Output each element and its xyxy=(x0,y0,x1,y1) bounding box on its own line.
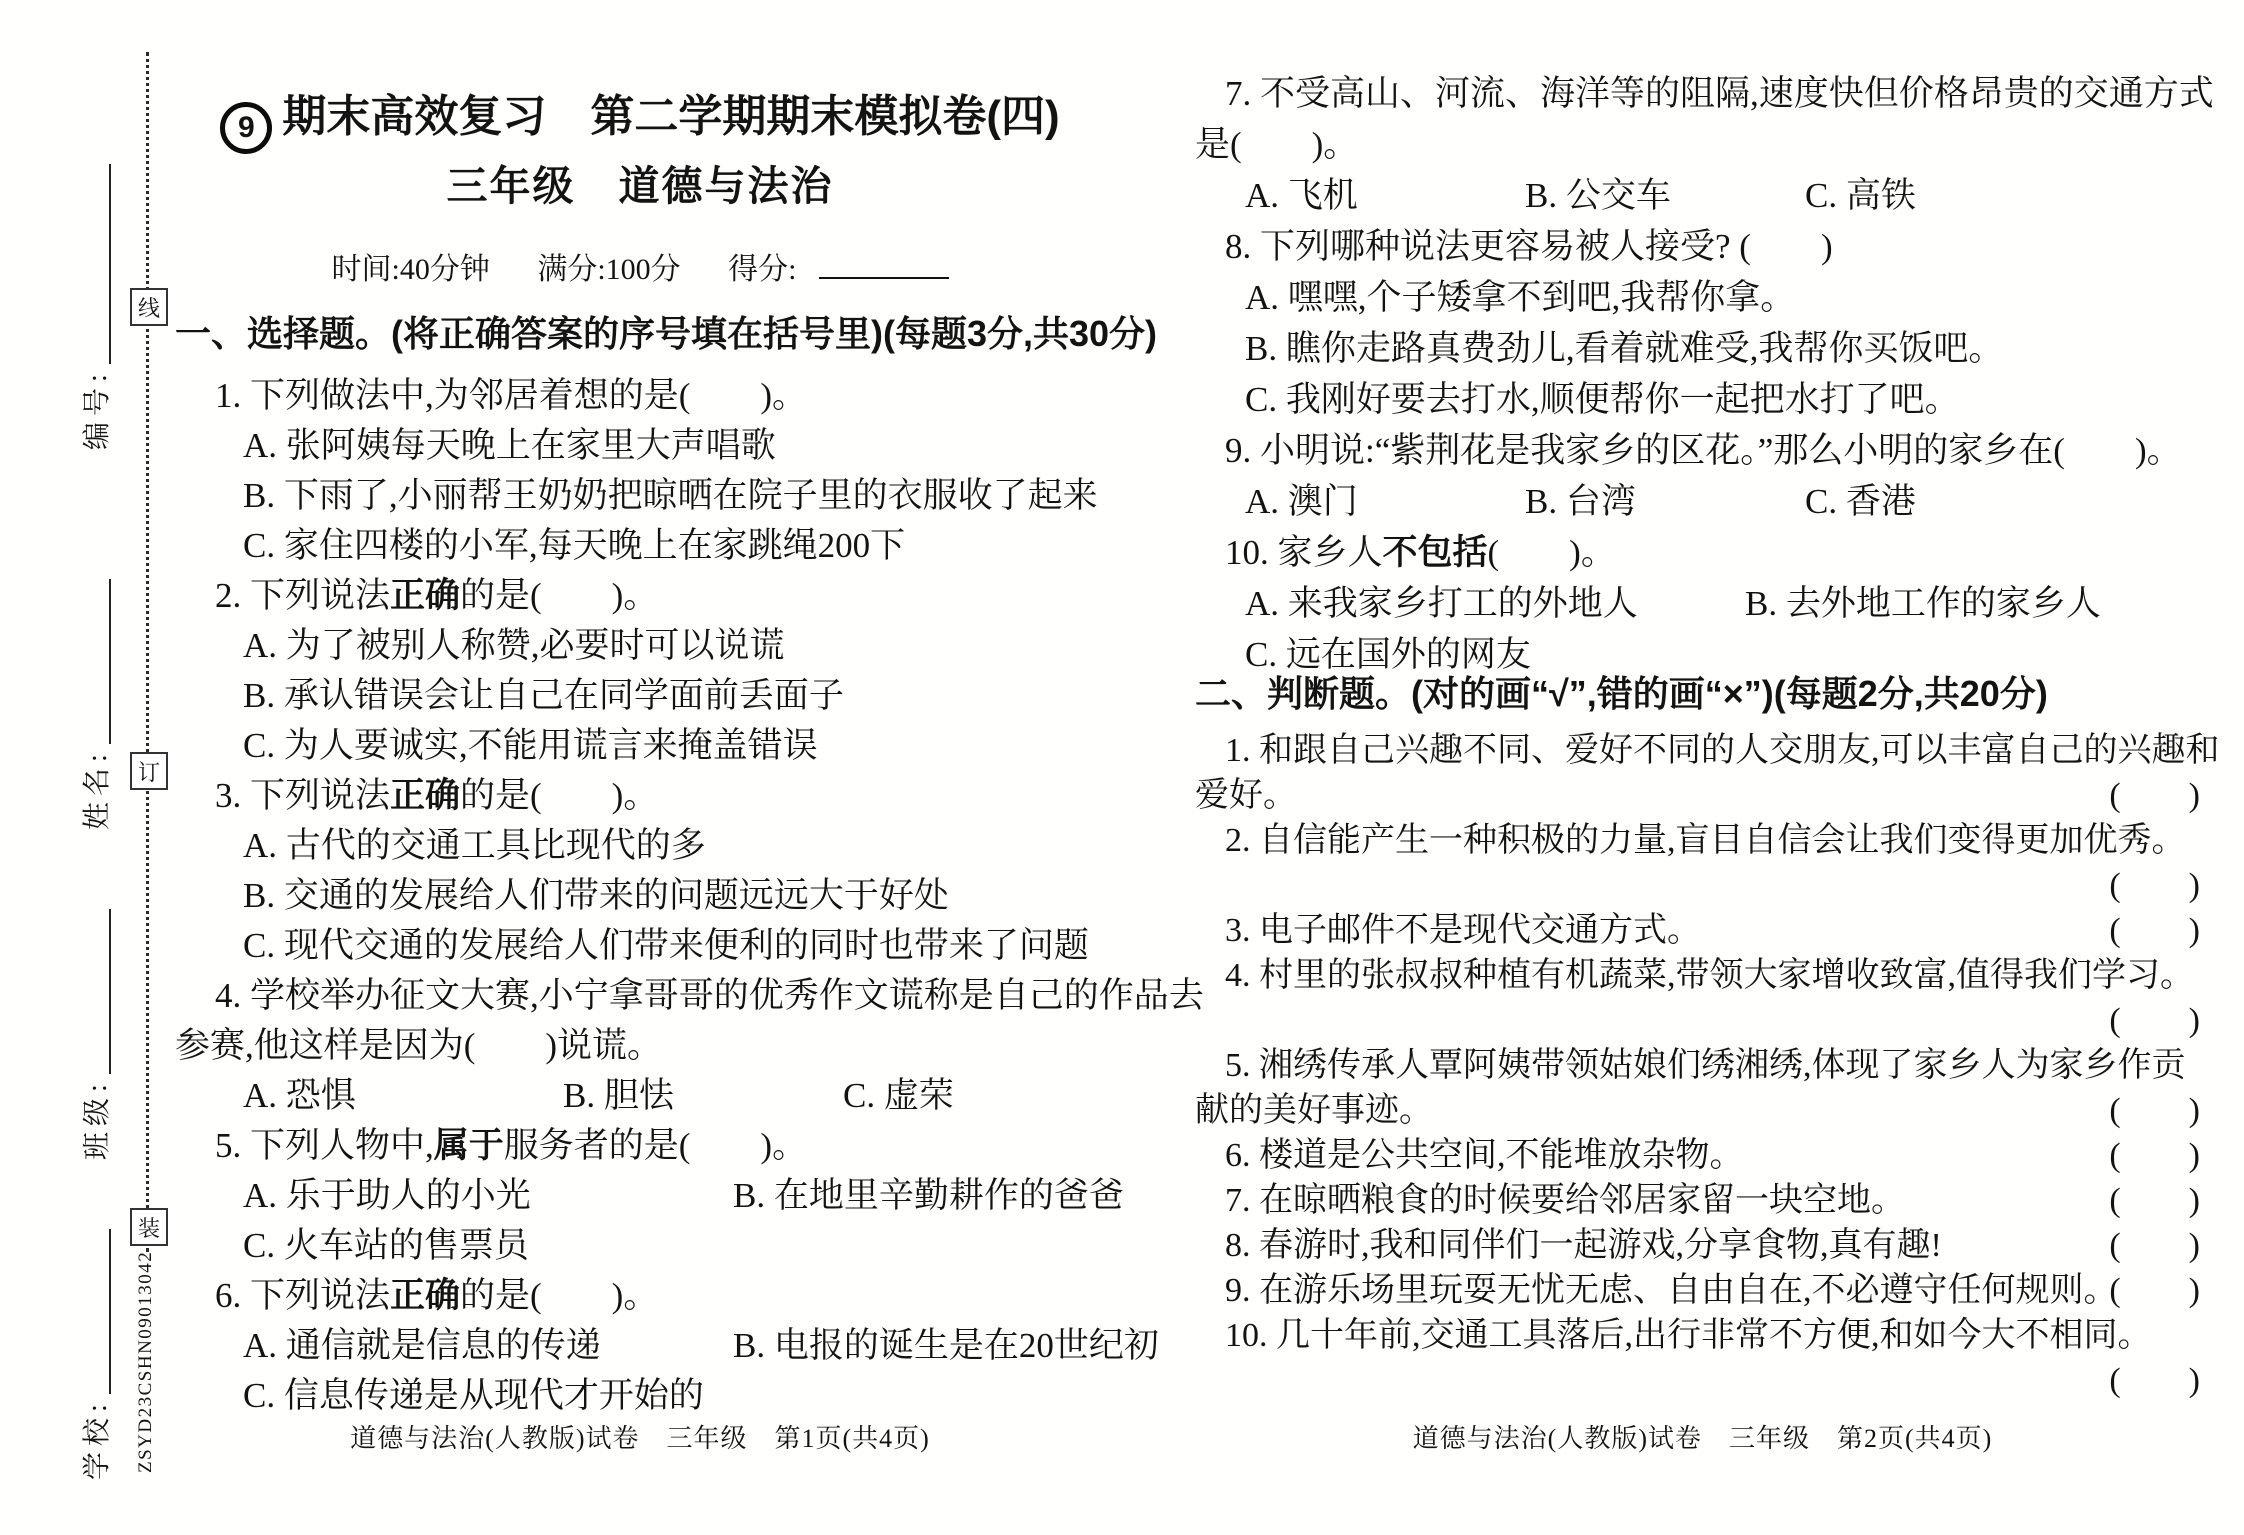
text-segment: 的是( )。 xyxy=(460,776,658,815)
text-segment: 正确 xyxy=(390,576,460,615)
text-line: 1. 和跟自己兴趣不同、爱好不同的人交朋友,可以丰富自己的兴趣和 xyxy=(1195,722,2210,767)
text-line: 4. 学校举办征文大赛,小宁拿哥哥的优秀作文谎称是自己的作品去 xyxy=(175,968,1105,1018)
text-segment: B. 下雨了,小丽帮王奶奶把晾晒在院子里的衣服收了起来 xyxy=(243,476,1098,515)
text-segment: 的是( )。 xyxy=(460,1276,658,1315)
exam-title-row: 9期末高效复习 第二学期期末模拟卷(四) xyxy=(175,80,1105,154)
text-line: A. 澳门B. 台湾C. 香港 xyxy=(1195,474,2210,525)
text-segment: A. 张阿姨每天晚上在家里大声唱歌 xyxy=(243,426,776,465)
text-segment: A. 来我家乡打工的外地人 xyxy=(1245,584,1638,623)
text-segment: B. 在地里辛勤耕作的爸爸 xyxy=(733,1168,1124,1218)
text-segment: B. 公交车 xyxy=(1525,168,1671,218)
text-segment: 的是( )。 xyxy=(460,576,658,615)
text-line: 4. 村里的张叔叔种植有机蔬菜,带领大家增收致富,值得我们学习。 xyxy=(1195,947,2210,992)
full-score: 满分:100分 xyxy=(537,253,680,286)
text-line: A. 乐于助人的小光B. 在地里辛勤耕作的爸爸 xyxy=(175,1168,1105,1218)
text-segment: A. 通信就是信息的传递 xyxy=(243,1326,601,1365)
text-segment: C. 高铁 xyxy=(1805,168,1916,218)
text-segment: 服务者的是( )。 xyxy=(504,1126,807,1165)
exam-meta-row: 时间:40分钟 满分:100分 得分: xyxy=(175,244,1105,288)
text-segment: 属于 xyxy=(434,1126,504,1165)
text-segment: A. 澳门 xyxy=(1245,482,1358,521)
student-class-field: 班级: xyxy=(73,860,117,1160)
student-name-blank xyxy=(79,579,112,744)
text-segment: 4. 学校举办征文大赛,小宁拿哥哥的优秀作文谎称是自己的作品去 xyxy=(215,976,1204,1015)
text-line: 爱好。( ) xyxy=(1195,767,2210,812)
text-segment: 参赛,他这样是因为( )说谎。 xyxy=(175,1026,662,1065)
text-segment: 6. 楼道是公共空间,不能堆放杂物。 xyxy=(1225,1137,1744,1174)
answer-bracket: ( ) xyxy=(2109,1172,2200,1221)
text-line: A. 张阿姨每天晚上在家里大声唱歌 xyxy=(175,418,1105,468)
answer-bracket: ( ) xyxy=(2109,767,2200,816)
text-segment: A. 乐于助人的小光 xyxy=(243,1176,531,1215)
student-name-label: 姓名: xyxy=(75,748,115,830)
text-line: B. 交通的发展给人们带来的问题远远大于好处 xyxy=(175,868,1105,918)
text-line: 3. 下列说法正确的是( )。 xyxy=(175,768,1105,818)
binding-box-zhuang: 装 xyxy=(130,1208,168,1246)
text-segment: 献的美好事迹。 xyxy=(1195,1092,1433,1129)
student-number-field: 编号: xyxy=(73,110,117,450)
text-line: 5. 下列人物中,属于服务者的是( )。 xyxy=(175,1118,1105,1168)
text-line: A. 古代的交通工具比现代的多 xyxy=(175,818,1105,868)
page-1: 9期末高效复习 第二学期期末模拟卷(四) 三年级 道德与法治 时间:40分钟 满… xyxy=(175,0,1105,1535)
text-segment: 5. 湘绣传承人覃阿姨带领姑娘们绣湘绣,体现了家乡人为家乡作贡 xyxy=(1225,1047,2186,1084)
text-line: 9. 小明说:“紫荆花是我家乡的区花。”那么小明的家乡在( )。 xyxy=(1195,423,2210,474)
text-segment: C. 香港 xyxy=(1805,474,1916,524)
text-line: 2. 自信能产生一种积极的力量,盲目自信会让我们变得更加优秀。 xyxy=(1195,812,2210,857)
text-segment: A. 嘿嘿,个子矮拿不到吧,我帮你拿。 xyxy=(1245,278,1795,317)
text-line: B. 瞧你走路真费劲儿,看着就难受,我帮你买饭吧。 xyxy=(1195,321,2210,372)
text-segment: 3. 下列说法 xyxy=(215,776,390,815)
text-segment: A. 恐惧 xyxy=(243,1076,356,1115)
text-line: B. 承认错误会让自己在同学面前丢面子 xyxy=(175,668,1105,718)
text-segment: C. 虚荣 xyxy=(843,1068,954,1118)
text-line: B. 下雨了,小丽帮王奶奶把晾晒在院子里的衣服收了起来 xyxy=(175,468,1105,518)
score-blank xyxy=(819,247,949,279)
binding-box-xian: 线 xyxy=(130,288,168,326)
score-label: 得分: xyxy=(728,253,796,286)
text-segment: C. 我刚好要去打水,顺便帮你一起把水打了吧。 xyxy=(1245,380,1960,419)
text-segment: C. 为人要诚实,不能用谎言来掩盖错误 xyxy=(243,726,818,765)
text-line: A. 为了被别人称赞,必要时可以说谎 xyxy=(175,618,1105,668)
time-limit: 时间:40分钟 xyxy=(331,253,489,286)
answer-bracket: ( ) xyxy=(2109,1082,2200,1131)
text-segment: 1. 和跟自己兴趣不同、爱好不同的人交朋友,可以丰富自己的兴趣和 xyxy=(1225,732,2220,769)
answer-bracket: ( ) xyxy=(2109,992,2200,1041)
answer-bracket: ( ) xyxy=(2109,1352,2200,1401)
text-segment: 4. 村里的张叔叔种植有机蔬菜,带领大家增收致富,值得我们学习。 xyxy=(1225,957,2194,994)
text-segment: 爱好。 xyxy=(1195,777,1297,814)
text-line: 8. 下列哪种说法更容易被人接受? ( ) xyxy=(1195,219,2210,270)
text-segment: 是( )。 xyxy=(1195,125,1358,164)
text-line: 6. 下列说法正确的是( )。 xyxy=(175,1268,1105,1318)
text-line: C. 现代交通的发展给人们带来便利的同时也带来了问题 xyxy=(175,918,1105,968)
student-class-label: 班级: xyxy=(75,1078,115,1160)
text-segment: 9. 在游乐场里玩耍无忧无虑、自由自在,不必遵守任何规则。 xyxy=(1225,1272,2118,1309)
binding-box-label: 线 xyxy=(138,292,160,323)
text-line: C. 信息传递是从现代才开始的 xyxy=(175,1368,1105,1418)
student-number-label: 编号: xyxy=(75,368,115,450)
text-line: C. 家住四楼的小军,每天晚上在家跳绳200下 xyxy=(175,518,1105,568)
text-line: 参赛,他这样是因为( )说谎。 xyxy=(175,1018,1105,1068)
section2-heading: 二、判断题。(对的画“√”,错的画“×”)(每题2分,共20分) xyxy=(1195,666,2048,717)
text-line: ( ) xyxy=(1195,857,2210,902)
text-segment: A. 飞机 xyxy=(1245,176,1358,215)
text-segment: 7. 不受高山、河流、海洋等的阻隔,速度快但价格昂贵的交通方式 xyxy=(1225,74,2214,113)
text-line: 7. 不受高山、河流、海洋等的阻隔,速度快但价格昂贵的交通方式 xyxy=(1195,66,2210,117)
text-segment: ( )。 xyxy=(1488,533,1616,572)
text-segment: A. 为了被别人称赞,必要时可以说谎 xyxy=(243,626,785,665)
text-line: 5. 湘绣传承人覃阿姨带领姑娘们绣湘绣,体现了家乡人为家乡作贡 xyxy=(1195,1037,2210,1082)
text-segment: 10. 几十年前,交通工具落后,出行非常不方便,和如今大不相同。 xyxy=(1225,1317,2152,1354)
text-line: 3. 电子邮件不是现代交通方式。( ) xyxy=(1195,902,2210,947)
page2-footer: 道德与法治(人教版)试卷 三年级 第2页(共4页) xyxy=(1195,1418,2210,1455)
page-2: 7. 不受高山、河流、海洋等的阻隔,速度快但价格昂贵的交通方式是( )。A. 飞… xyxy=(1195,0,2210,1535)
text-line: 是( )。 xyxy=(1195,117,2210,168)
page2-judgement-lines: 1. 和跟自己兴趣不同、爱好不同的人交朋友,可以丰富自己的兴趣和爱好。( )2.… xyxy=(1195,722,2210,1397)
exam-subtitle: 三年级 道德与法治 xyxy=(175,153,1105,212)
text-line: 1. 下列做法中,为邻居着想的是( )。 xyxy=(175,368,1105,418)
text-segment: B. 承认错误会让自己在同学面前丢面子 xyxy=(243,676,844,715)
text-line: A. 恐惧B. 胆怯C. 虚荣 xyxy=(175,1068,1105,1118)
student-number-blank xyxy=(79,164,112,364)
text-line: 7. 在晾晒粮食的时候要给邻居家留一块空地。( ) xyxy=(1195,1172,2210,1217)
text-segment: B. 胆怯 xyxy=(563,1068,674,1118)
binding-dotted-line xyxy=(146,52,149,1252)
text-segment: 7. 在晾晒粮食的时候要给邻居家留一块空地。 xyxy=(1225,1182,1905,1219)
answer-bracket: ( ) xyxy=(2109,1217,2200,1266)
student-name-field: 姓名: xyxy=(73,530,117,830)
text-segment: 正确 xyxy=(390,1276,460,1315)
exam-sheet: 线 订 装 编号: 姓名: 班级: 学校: ZSYD23CSHN09013042… xyxy=(0,0,2244,1535)
page2-question-lines: 7. 不受高山、河流、海洋等的阻隔,速度快但价格昂贵的交通方式是( )。A. 飞… xyxy=(1195,66,2210,678)
text-segment: A. 古代的交通工具比现代的多 xyxy=(243,826,706,865)
text-line: A. 飞机B. 公交车C. 高铁 xyxy=(1195,168,2210,219)
text-segment: B. 瞧你走路真费劲儿,看着就难受,我帮你买饭吧。 xyxy=(1245,329,2003,368)
circled-number-badge: 9 xyxy=(220,102,272,154)
text-line: C. 我刚好要去打水,顺便帮你一起把水打了吧。 xyxy=(1195,372,2210,423)
exam-title: 期末高效复习 第二学期期末模拟卷(四) xyxy=(282,92,1059,141)
answer-bracket: ( ) xyxy=(2109,902,2200,951)
binding-box-label: 装 xyxy=(138,1212,160,1243)
text-segment: C. 现代交通的发展给人们带来便利的同时也带来了问题 xyxy=(243,926,1089,965)
text-segment: C. 家住四楼的小军,每天晚上在家跳绳200下 xyxy=(243,526,905,565)
text-line: C. 火车站的售票员 xyxy=(175,1218,1105,1268)
text-line: 6. 楼道是公共空间,不能堆放杂物。( ) xyxy=(1195,1127,2210,1172)
text-segment: 5. 下列人物中, xyxy=(215,1126,434,1165)
text-line: 献的美好事迹。( ) xyxy=(1195,1082,2210,1127)
binding-box-ding: 订 xyxy=(130,752,168,790)
answer-bracket: ( ) xyxy=(2109,1127,2200,1176)
text-line: A. 来我家乡打工的外地人B. 去外地工作的家乡人 xyxy=(1195,576,2210,627)
text-line: 2. 下列说法正确的是( )。 xyxy=(175,568,1105,618)
text-segment: 8. 下列哪种说法更容易被人接受? ( ) xyxy=(1225,227,1833,266)
text-line: ( ) xyxy=(1195,1352,2210,1397)
text-segment: 2. 自信能产生一种积极的力量,盲目自信会让我们变得更加优秀。 xyxy=(1225,822,2186,859)
student-school-field: 学校: xyxy=(73,1180,117,1480)
answer-bracket: ( ) xyxy=(2109,1262,2200,1311)
binding-box-label: 订 xyxy=(138,756,160,787)
student-school-label: 学校: xyxy=(75,1398,115,1480)
text-line: ( ) xyxy=(1195,992,2210,1037)
text-line: A. 通信就是信息的传递B. 电报的诞生是在20世纪初 xyxy=(175,1318,1105,1368)
student-class-blank xyxy=(79,909,112,1074)
section1-heading: 一、选择题。(将正确答案的序号填在括号里)(每题3分,共30分) xyxy=(175,306,1157,357)
text-segment: 3. 电子邮件不是现代交通方式。 xyxy=(1225,912,1701,949)
student-school-blank xyxy=(79,1229,112,1394)
page1-footer: 道德与法治(人教版)试卷 三年级 第1页(共4页) xyxy=(175,1418,1105,1455)
text-line: C. 为人要诚实,不能用谎言来掩盖错误 xyxy=(175,718,1105,768)
text-segment: 10. 家乡人 xyxy=(1225,533,1383,572)
paper-code: ZSYD23CSHN09013042 xyxy=(135,1233,161,1473)
text-segment: 8. 春游时,我和同伴们一起游戏,分享食物,真有趣! xyxy=(1225,1227,1942,1264)
text-segment: B. 台湾 xyxy=(1525,474,1636,524)
text-line: 10. 家乡人不包括( )。 xyxy=(1195,525,2210,576)
text-segment: 2. 下列说法 xyxy=(215,576,390,615)
text-segment: 不包括 xyxy=(1383,533,1488,572)
text-segment: 正确 xyxy=(390,776,460,815)
text-line: 10. 几十年前,交通工具落后,出行非常不方便,和如今大不相同。 xyxy=(1195,1307,2210,1352)
text-segment: B. 去外地工作的家乡人 xyxy=(1745,576,2101,626)
text-segment: 9. 小明说:“紫荆花是我家乡的区花。”那么小明的家乡在( )。 xyxy=(1225,431,2182,470)
text-segment: 6. 下列说法 xyxy=(215,1276,390,1315)
text-line: 8. 春游时,我和同伴们一起游戏,分享食物,真有趣!( ) xyxy=(1195,1217,2210,1262)
text-segment: C. 信息传递是从现代才开始的 xyxy=(243,1376,704,1415)
text-segment: C. 火车站的售票员 xyxy=(243,1226,529,1265)
text-line: A. 嘿嘿,个子矮拿不到吧,我帮你拿。 xyxy=(1195,270,2210,321)
text-segment: B. 交通的发展给人们带来的问题远远大于好处 xyxy=(243,876,949,915)
page1-question-lines: 1. 下列做法中,为邻居着想的是( )。A. 张阿姨每天晚上在家里大声唱歌B. … xyxy=(175,368,1105,1418)
text-segment: 1. 下列做法中,为邻居着想的是( )。 xyxy=(215,376,807,415)
text-segment: B. 电报的诞生是在20世纪初 xyxy=(733,1318,1159,1368)
text-line: 9. 在游乐场里玩耍无忧无虑、自由自在,不必遵守任何规则。( ) xyxy=(1195,1262,2210,1307)
answer-bracket: ( ) xyxy=(2109,857,2200,906)
